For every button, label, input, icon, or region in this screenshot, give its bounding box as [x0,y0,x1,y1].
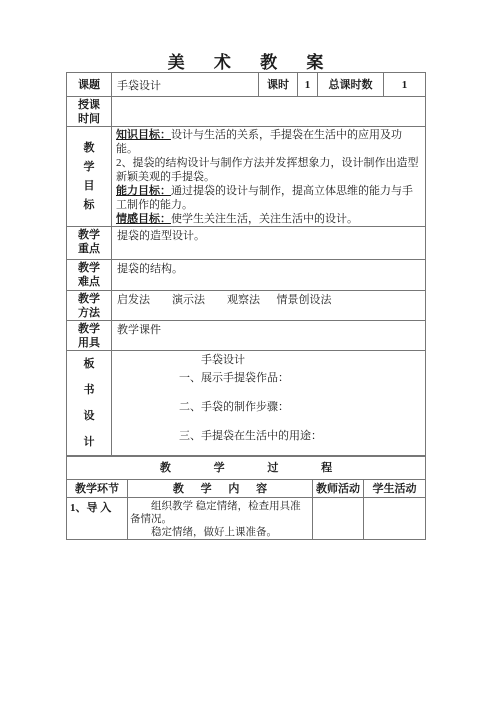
board-title: 手袋设计 [201,353,423,367]
teach-time-value [112,97,426,127]
tool-label: 教学 用具 [67,321,112,351]
board-item: 三、手提袋在生活中的用途： [179,429,423,443]
lesson-plan-document: 美 术 教 案 课题 手袋设计 课时 1 总课时数 1 授课 时间 [66,55,425,540]
difficulty-label: 教学 难点 [67,260,112,291]
goal-emotion: 情感目标：使学生关注生活，关注生活中的设计。 [116,212,422,226]
subject-row: 课题 手袋设计 课时 1 总课时数 1 [67,73,426,97]
header-teacher-activity: 教师活动 [313,480,364,498]
goals-row: 教 学 目 标 知识目标：设计与生活的关系，手提袋在生活中的应用及功能。 2、提… [67,127,426,227]
board-design-row: 板 书 设 计 手袋设计 一、展示手提袋作品： 二、手袋的制作步骤： 三、手提袋… [67,351,426,456]
teacher-activity-cell [313,498,364,540]
stage-content: 组织教学 稳定情绪，检查用具准备情况。 稳定情绪，做好上课准备。 [128,498,313,540]
board-design-label: 板 书 设 计 [67,351,112,456]
total-periods-value: 1 [384,73,426,97]
student-activity-cell [364,498,426,540]
goal-knowledge-2: 2、提袋的结构设计与制作方法并发挥想象力，设计制作出造型新颖美观的手提袋。 [116,156,422,184]
goal-ability: 能力目标：通过提袋的设计与制作，提高立体思维的能力与手工制作的能力。 [116,184,422,212]
lesson-info-table: 课题 手袋设计 课时 1 总课时数 1 授课 时间 教 学 [66,72,426,456]
key-point-value: 提袋的造型设计。 [112,227,426,260]
difficulty-row: 教学 难点 提袋的结构。 [67,260,426,291]
process-banner: 教 学 过 程 [67,457,426,480]
header-student-activity: 学生活动 [364,480,426,498]
teach-time-label: 授课 时间 [67,97,112,127]
header-content: 教 学 内 容 [128,480,313,498]
subject-value: 手袋设计 [112,73,259,97]
board-item: 二、手袋的制作步骤： [179,400,423,414]
header-stage: 教学环节 [67,480,128,498]
stage-name: 1、导 入 [67,498,128,540]
document-page: 美 术 教 案 课题 手袋设计 课时 1 总课时数 1 授课 时间 [0,0,500,707]
teach-time-row: 授课 时间 [67,97,426,127]
process-banner-row: 教 学 过 程 [67,457,426,480]
method-label: 教学 方法 [67,291,112,321]
subject-label: 课题 [67,73,112,97]
tool-row: 教学 用具 教学课件 [67,321,426,351]
board-design-content: 手袋设计 一、展示手提袋作品： 二、手袋的制作步骤： 三、手提袋在生活中的用途： [112,351,426,456]
method-value: 启发法 演示法 观察法 情景创设法 [112,291,426,321]
tool-value: 教学课件 [112,321,426,351]
method-row: 教学 方法 启发法 演示法 观察法 情景创设法 [67,291,426,321]
process-header-row: 教学环节 教 学 内 容 教师活动 学生活动 [67,480,426,498]
total-periods-label: 总课时数 [318,73,384,97]
board-item: 一、展示手提袋作品： [179,371,423,385]
period-value: 1 [298,73,318,97]
teaching-process-table: 教 学 过 程 教学环节 教 学 内 容 教师活动 学生活动 1、导 入 组织教… [66,456,426,540]
goals-label: 教 学 目 标 [67,127,112,227]
key-point-row: 教学 重点 提袋的造型设计。 [67,227,426,260]
difficulty-value: 提袋的结构。 [112,260,426,291]
period-label: 课时 [259,73,298,97]
goal-knowledge: 知识目标：设计与生活的关系，手提袋在生活中的应用及功能。 [116,128,422,156]
key-point-label: 教学 重点 [67,227,112,260]
goals-content: 知识目标：设计与生活的关系，手提袋在生活中的应用及功能。 2、提袋的结构设计与制… [112,127,426,227]
process-row-intro: 1、导 入 组织教学 稳定情绪，检查用具准备情况。 稳定情绪，做好上课准备。 [67,498,426,540]
document-title: 美 术 教 案 [66,55,425,71]
